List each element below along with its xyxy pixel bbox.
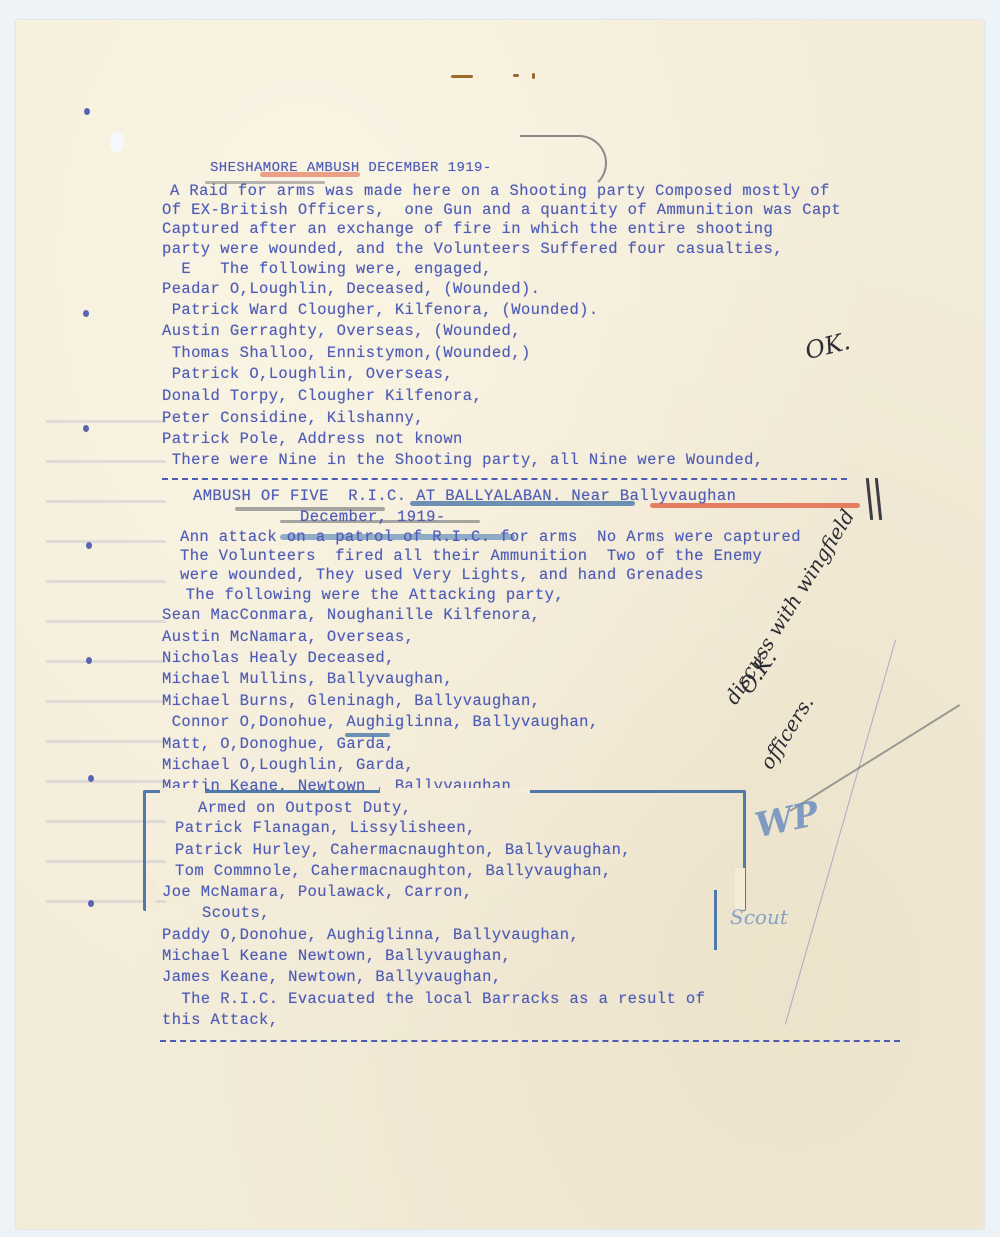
bracket-gap xyxy=(735,868,745,910)
show-through-text xyxy=(46,780,166,783)
scout-item: James Keane, Newtown, Ballyvaughan, xyxy=(162,968,502,986)
participant-item: Peadar O,Loughlin, Deceased, (Wounded). xyxy=(162,280,540,298)
attacker-item: Nicholas Healy Deceased, xyxy=(162,649,395,667)
participant-item: Patrick Pole, Address not known xyxy=(162,430,463,448)
ink-dot xyxy=(86,542,92,549)
outpost-item: Patrick Hurley, Cahermacnaughton, Ballyv… xyxy=(175,841,631,859)
show-through-text xyxy=(46,420,166,423)
ink-dot xyxy=(86,657,92,664)
section-divider xyxy=(162,478,847,480)
attacker-item: Sean MacConmara, Noughanille Kilfenora, xyxy=(162,606,540,624)
participant-item: Peter Considine, Kilshanny, xyxy=(162,409,424,427)
section1-heading: SHESHAMORE AMBUSH DECEMBER 1919- xyxy=(210,160,492,176)
show-through-text xyxy=(46,620,166,623)
attacker-item: Michael Mullins, Ballyvaughan, xyxy=(162,670,453,688)
section1-narrative-line: party were wounded, and the Volunteers S… xyxy=(162,240,783,258)
ink-dot xyxy=(88,900,94,907)
ink-dot xyxy=(83,425,89,432)
attacker-item: Connor O,Donohue, Aughiglinna, Ballyvaug… xyxy=(162,713,599,731)
section2-narrative-line: The Volunteers fired all their Ammunitio… xyxy=(180,547,762,565)
outpost-item: Joe McNamara, Poulawack, Carron, xyxy=(162,883,472,901)
attacker-item: Michael O,Loughlin, Garda, xyxy=(162,756,414,774)
outpost-heading: Armed on Outpost Duty, xyxy=(198,799,411,817)
participant-item: Donald Torpy, Clougher Kilfenora, xyxy=(162,387,482,405)
show-through-text xyxy=(46,460,166,463)
section1-closing: There were Nine in the Shooting party, a… xyxy=(162,451,764,469)
participant-item: Patrick Ward Clougher, Kilfenora, (Wound… xyxy=(162,301,599,319)
section2-date: December, 1919- xyxy=(300,508,446,526)
outpost-item: Patrick Flanagan, Lissylisheen, xyxy=(175,819,476,837)
attacker-item: Matt, O,Donoghue, Garda, xyxy=(162,735,395,753)
section1-narrative-line: A Raid for arms was made here on a Shoot… xyxy=(170,182,830,200)
section1-narrative-line: Captured after an exchange of fire in wh… xyxy=(162,220,773,238)
rust-mark xyxy=(451,75,473,78)
participant-item: Patrick O,Loughlin, Overseas, xyxy=(162,365,453,383)
show-through-text xyxy=(46,660,166,663)
rust-mark xyxy=(532,73,535,79)
section2-heading: AMBUSH OF FIVE R.I.C. AT BALLYALABAN. Ne… xyxy=(193,487,736,505)
handwritten-scout-note: Scout xyxy=(730,905,788,929)
section1-list-intro: E The following were, engaged, xyxy=(162,260,492,278)
show-through-text xyxy=(46,540,166,543)
bracket-gap xyxy=(146,880,156,908)
ink-dot xyxy=(84,108,90,115)
attacker-item: Michael Burns, Gleninagh, Ballyvaughan, xyxy=(162,692,540,710)
scout-bracket-mark xyxy=(714,890,717,950)
ink-dot xyxy=(83,310,89,317)
punch-hole xyxy=(110,131,124,153)
participant-item: Austin Gerraghty, Overseas, (Wounded, xyxy=(162,322,521,340)
show-through-text xyxy=(46,740,166,743)
rust-mark xyxy=(513,74,519,77)
bracket-gap xyxy=(380,788,530,794)
scout-item: Paddy O,Donohue, Aughiglinna, Ballyvaugh… xyxy=(162,926,579,944)
bracket-gap xyxy=(160,788,205,794)
ink-dot xyxy=(88,775,94,782)
closing-line: this Attack, xyxy=(162,1011,278,1029)
show-through-text xyxy=(46,500,166,503)
closing-line: The R.I.C. Evacuated the local Barracks … xyxy=(162,990,705,1008)
outpost-item: Tom Commnole, Cahermacnaughton, Ballyvau… xyxy=(175,862,612,880)
show-through-text xyxy=(46,580,166,583)
section2-narrative-line: were wounded, They used Very Lights, and… xyxy=(180,566,704,584)
attacker-item: Austin McNamara, Overseas, xyxy=(162,628,414,646)
section2-narrative-line: The following were the Attacking party, xyxy=(176,586,564,604)
blue-crayon-mark xyxy=(345,733,390,737)
section1-narrative-line: Of EX-British Officers, one Gun and a qu… xyxy=(162,201,841,219)
scouts-heading: Scouts, xyxy=(202,904,270,922)
show-through-text xyxy=(46,700,166,703)
section-divider xyxy=(160,1040,900,1042)
section2-narrative-line: Ann attack on a patrol of R.I.C. for arm… xyxy=(180,528,801,546)
scout-item: Michael Keane Newtown, Ballyvaughan, xyxy=(162,947,511,965)
participant-item: Thomas Shalloo, Ennistymon,(Wounded,) xyxy=(162,344,531,362)
